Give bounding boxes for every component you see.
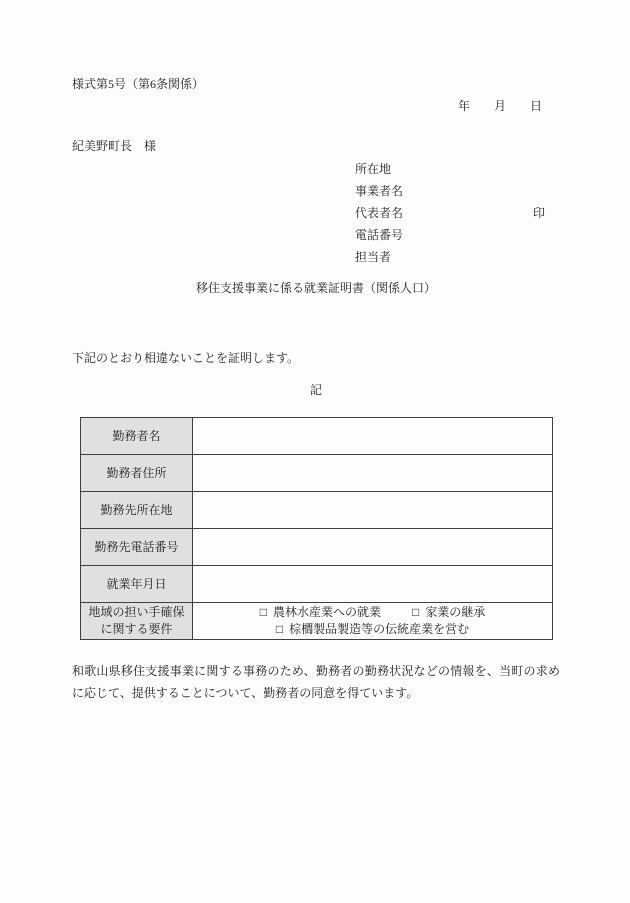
row-header-employment-date: 就業年月日	[81, 566, 193, 603]
row-header-workplace-address: 勤務先所在地	[81, 492, 193, 529]
workplace-address-field[interactable]	[193, 492, 553, 529]
worker-name-field[interactable]	[193, 418, 553, 455]
consent-note: 和歌山県移住支援事業に関する事務のため、勤務者の勤務状況などの情報を、当町の求め…	[72, 660, 560, 704]
document-title: 移住支援事業に係る就業証明書（関係人口）	[72, 280, 560, 296]
employment-certificate-table: 勤務者名 勤務者住所 勤務先所在地 勤務先電話番号 就業年月日 地域の担い手確保…	[80, 417, 553, 640]
sender-address-label: 所在地	[355, 158, 560, 180]
table-row-worker-address: 勤務者住所	[81, 455, 553, 492]
option-family-business-label: 家業の継承	[425, 605, 485, 619]
sender-representative-label: 代表者名	[355, 206, 403, 220]
row-header-workplace-phone: 勤務先電話番号	[81, 529, 193, 566]
checkbox-traditional-industry-icon[interactable]: □	[276, 621, 283, 638]
sender-block: 所在地 事業者名 代表者名印 電話番号 担当者	[355, 158, 560, 268]
table-row-workplace-phone: 勤務先電話番号	[81, 529, 553, 566]
date-line: 年 月 日	[72, 98, 560, 114]
row-header-worker-address: 勤務者住所	[81, 455, 193, 492]
document-page: 様式第5号（第6条関係） 年 月 日 紀美野町長 様 所在地 事業者名 代表者名…	[0, 0, 630, 903]
form-number-label: 様式第5号（第6条関係）	[72, 76, 560, 92]
checkbox-family-business-icon[interactable]: □	[412, 604, 419, 621]
sender-phone-label: 電話番号	[355, 224, 560, 246]
workplace-phone-field[interactable]	[193, 529, 553, 566]
row-header-worker-name: 勤務者名	[81, 418, 193, 455]
option-agriculture-label: 農林水産業への就業	[273, 605, 381, 619]
seal-label: 印	[533, 206, 545, 220]
option-family-business: □家業の継承	[412, 605, 485, 619]
sender-representative-line: 代表者名印	[355, 202, 560, 224]
addressee-label: 紀美野町長 様	[72, 138, 560, 154]
table-row-employment-date: 就業年月日	[81, 566, 553, 603]
option-traditional-industry-label: 棕櫚製品製造等の伝統産業を営む	[289, 622, 469, 636]
row-header-requirements: 地域の担い手確保に関する要件	[81, 603, 193, 640]
statement-text: 下記のとおり相違ないことを証明します。	[72, 350, 560, 366]
table-row-workplace-address: 勤務先所在地	[81, 492, 553, 529]
table-row-requirements: 地域の担い手確保に関する要件 □農林水産業への就業 □家業の継承 □棕櫚製品製造…	[81, 603, 553, 640]
table-row-worker-name: 勤務者名	[81, 418, 553, 455]
requirement-options-line1: □農林水産業への就業 □家業の継承	[199, 604, 546, 621]
requirements-field: □農林水産業への就業 □家業の継承 □棕櫚製品製造等の伝統産業を営む	[193, 603, 553, 640]
employment-date-field[interactable]	[193, 566, 553, 603]
option-traditional-industry: □棕櫚製品製造等の伝統産業を営む	[276, 622, 469, 636]
worker-address-field[interactable]	[193, 455, 553, 492]
requirement-options-line2: □棕櫚製品製造等の伝統産業を営む	[199, 621, 546, 638]
sender-contact-label: 担当者	[355, 246, 560, 268]
option-agriculture: □農林水産業への就業	[260, 605, 381, 619]
record-marker: 記	[72, 382, 560, 398]
checkbox-agriculture-icon[interactable]: □	[260, 604, 267, 621]
sender-business-name-label: 事業者名	[355, 180, 560, 202]
